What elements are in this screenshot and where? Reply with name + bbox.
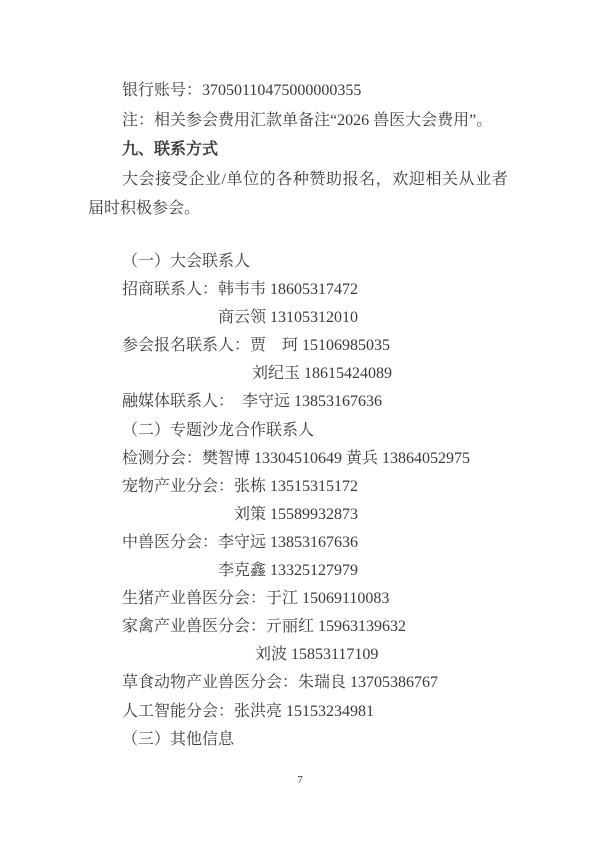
intro-text-line-2: 届时积极参会。: [88, 194, 568, 224]
contact-line-investment: 招商联系人：韩韦韦 18605317472: [88, 276, 568, 304]
subsection-heading-1: （一）大会联系人: [88, 248, 568, 276]
contact-line-media: 融媒体联系人： 李守远 13853167636: [88, 388, 568, 416]
contact-line-poultry-branch-2: 刘波 15853117109: [88, 641, 568, 669]
contact-line-investment-2: 商云领 13105312010: [88, 304, 568, 332]
contact-line-herbivore-branch: 草食动物产业兽医分会：朱瑞良 13705386767: [88, 669, 568, 697]
contact-line-pet-branch-2: 刘策 15589932873: [88, 501, 568, 529]
page-number: 7: [0, 772, 600, 788]
section-9-heading: 九、联系方式: [88, 135, 568, 165]
subsection-heading-2: （二）专题沙龙合作联系人: [88, 417, 568, 445]
contact-line-registration: 参会报名联系人：贾 珂 15106985035: [88, 332, 568, 360]
payment-and-intro-block: 银行账号：37050110475000000355 注：相关参会费用汇款单备注“…: [88, 76, 568, 224]
document-page: 银行账号：37050110475000000355 注：相关参会费用汇款单备注“…: [0, 0, 600, 848]
contact-line-tcvm-branch: 中兽医分会：李守远 13853167636: [88, 529, 568, 557]
contact-line-pet-branch: 宠物产业分会：张栋 13515315172: [88, 473, 568, 501]
contact-line-poultry-branch: 家禽产业兽医分会：亓丽红 15963139632: [88, 613, 568, 641]
intro-text-line-1: 大会接受企业/单位的各种赞助报名，欢迎相关从业者: [88, 165, 568, 195]
bank-account-line: 银行账号：37050110475000000355: [88, 76, 568, 106]
contact-line-registration-2: 刘纪玉 18615424089: [88, 360, 568, 388]
subsection-heading-3: （三）其他信息: [88, 726, 568, 754]
contact-line-ai-branch: 人工智能分会：张洪亮 15153234981: [88, 698, 568, 726]
contact-line-swine-branch: 生猪产业兽医分会：于江 15069110083: [88, 585, 568, 613]
contact-line-testing-branch: 检测分会：樊智博 13304510649 黄兵 13864052975: [88, 445, 568, 473]
contact-line-tcvm-branch-2: 李克鑫 13325127979: [88, 557, 568, 585]
remittance-note-line: 注：相关参会费用汇款单备注“2026 兽医大会费用”。: [88, 106, 568, 136]
contacts-block: （一）大会联系人 招商联系人：韩韦韦 18605317472 商云领 13105…: [88, 248, 568, 754]
